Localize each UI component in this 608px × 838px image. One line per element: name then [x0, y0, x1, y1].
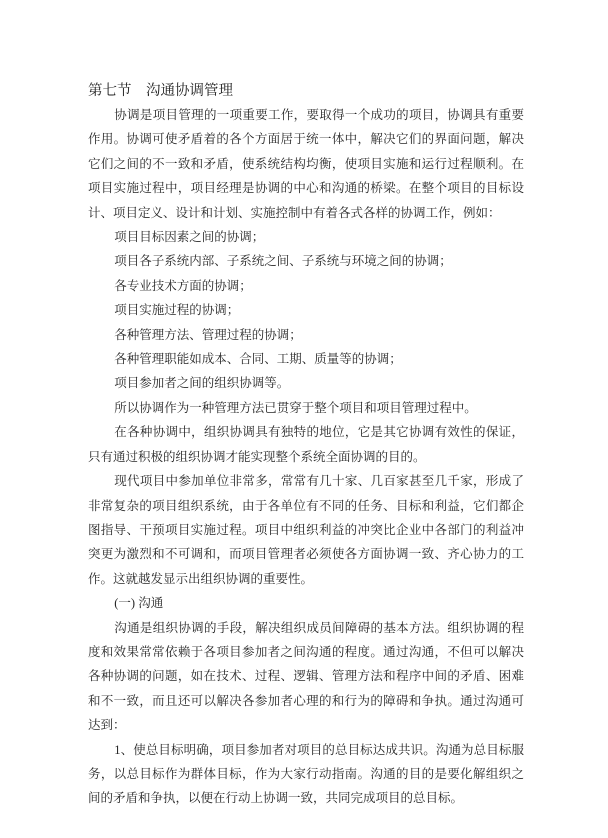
- document-viewport: { "document": { "title": "第七节 沟通协调管理", "…: [0, 0, 608, 838]
- coordination-list-item: 项目目标因素之间的协调；: [88, 225, 524, 249]
- modern-project-paragraph: 现代项目中参加单位非常多，常常有几十家、几百家甚至几千家，形成了非常复杂的项目组…: [88, 469, 524, 591]
- goal-consensus-paragraph: 1、使总目标明确，项目参加者对项目的总目标达成共识。沟通为总目标服务，以总目标作…: [88, 738, 524, 811]
- coordination-list-item: 各种管理方法、管理过程的协调；: [88, 323, 524, 347]
- intro-paragraph: 协调是项目管理的一项重要工作，要取得一个成功的项目，协调具有重要作用。协调可使矛…: [88, 103, 524, 225]
- coordination-list-item: 项目参加者之间的组织协调等。: [88, 371, 524, 395]
- coordination-list-item: 项目各子系统内部、子系统之间、子系统与环境之间的协调；: [88, 249, 524, 273]
- communication-subheading: (一) 沟通: [88, 591, 524, 615]
- coordination-list-item: 项目实施过程的协调；: [88, 298, 524, 322]
- section-title: 第七节 沟通协调管理: [88, 80, 524, 102]
- document-page: 第七节 沟通协调管理 协调是项目管理的一项重要工作，要取得一个成功的项目，协调具…: [88, 80, 524, 811]
- coordination-list-item: 各专业技术方面的协调；: [88, 274, 524, 298]
- communication-paragraph: 沟通是组织协调的手段，解决组织成员间障碍的基本方法。组织协调的程度和效果常常依赖…: [88, 616, 524, 738]
- coordination-list-item: 各种管理职能如成本、合同、工期、质量等的协调；: [88, 347, 524, 371]
- organization-coordination-paragraph: 在各种协调中，组织协调具有独特的地位，它是其它协调有效性的保证，只有通过积极的组…: [88, 420, 524, 469]
- summary-paragraph: 所以协调作为一种管理方法已贯穿于整个项目和项目管理过程中。: [88, 396, 524, 420]
